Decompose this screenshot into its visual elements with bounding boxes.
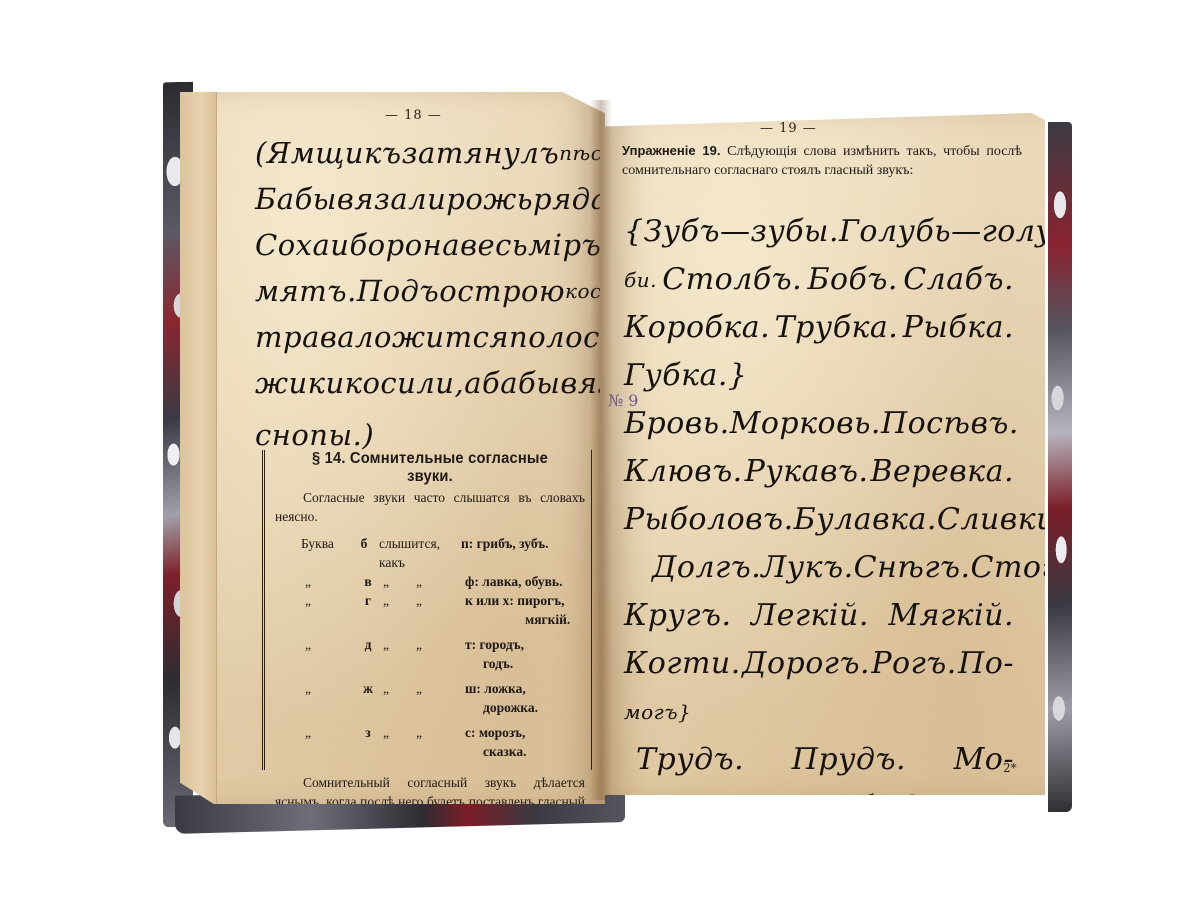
script-line: Губка.} bbox=[624, 352, 1014, 400]
exercise-instructions: Упражненіе 19. Слѣдующія слова измѣнить … bbox=[622, 141, 1022, 180]
page-number-right: — 19 — bbox=[760, 121, 817, 136]
section-intro: Согласные звуки часто слышатся въ словах… bbox=[275, 488, 585, 526]
exercise-label: Упражненіе 19. bbox=[622, 143, 720, 158]
section-14-box: § 14. Сомнительные согласные звуки. Согл… bbox=[262, 450, 592, 770]
cursive-word-list: {Зубъ—зубы. Голубь—голу- би. Столбъ. Боб… bbox=[624, 208, 1014, 795]
script-line: Рыболовъ. Булавка. Сливки. bbox=[624, 496, 1014, 544]
folded-page-strip bbox=[180, 92, 217, 804]
section-heading: § 14. Сомнительные согласные звуки. bbox=[287, 450, 572, 486]
book-gutter-shadow bbox=[590, 100, 612, 800]
script-line: могъ} bbox=[624, 688, 1014, 736]
printer-signature-mark: 2* bbox=[1003, 761, 1017, 775]
script-line: мятъ. Подъ острою косой bbox=[255, 268, 595, 314]
pencil-annotation: № 9 bbox=[608, 391, 638, 410]
script-line: Трудъ. Прудъ. Мо- bbox=[624, 736, 1014, 784]
table-row: Буква б слышится, какъ п: грибъ, зубъ. bbox=[275, 534, 585, 572]
script-line: Бровь. Морковь. Посѣвъ. bbox=[624, 400, 1014, 448]
section-rule: Сомнительный согласный звукъ дѣлается яс… bbox=[275, 773, 585, 804]
left-page: — 18 — (Ямщикъ затянулъ пѣсню. Бабы вяза… bbox=[180, 92, 605, 804]
table-row: „ в „ „ ф: лавка, обувь. bbox=[275, 572, 585, 591]
script-line: {Зубъ—зубы. Голубь—голу- bbox=[624, 208, 1014, 256]
table-row: „ з „ „ с: морозъ, bbox=[275, 723, 585, 742]
page-number-left: — 18 — bbox=[385, 108, 442, 123]
script-line: Соха и борона весь міръ кор- bbox=[255, 222, 595, 268]
script-line: Коробка. Трубка. Рыбка. bbox=[624, 304, 1014, 352]
script-line: Бабы вязали рожь рядами. bbox=[255, 176, 595, 222]
table-row: „ г „ „ к или х: пирогъ, bbox=[275, 591, 585, 610]
script-line: Долгъ. Лукъ. Снѣгъ. Стогъ. bbox=[624, 544, 1014, 592]
script-line: лотъ. Кустъ. Обѣдъ. Бо- bbox=[624, 784, 1014, 795]
script-line: Клювъ. Рукавъ. Веревка. bbox=[624, 448, 1014, 496]
consonant-table: Буква б слышится, какъ п: грибъ, зубъ. „… bbox=[275, 534, 585, 761]
marbled-cover-right-edge bbox=[1048, 122, 1072, 812]
script-line: Когти. Дорогъ. Рогъ. По- bbox=[624, 640, 1014, 688]
right-page: — 19 — Упражненіе 19. Слѣдующія слова из… bbox=[600, 113, 1045, 795]
cursive-text-block: (Ямщикъ затянулъ пѣсню. Бабы вязали рожь… bbox=[255, 130, 595, 458]
script-line: би. Столбъ. Бобъ. Слабъ. bbox=[624, 256, 1014, 304]
script-line: Кругъ. Легкій. Мягкій. bbox=[624, 592, 1014, 640]
table-row: „ ж „ „ ш: ложка, bbox=[275, 679, 585, 698]
open-book: — 18 — (Ямщикъ затянулъ пѣсню. Бабы вяза… bbox=[0, 0, 1200, 900]
script-line: трава ложится полосой. Му- bbox=[255, 314, 595, 360]
script-line: жики косили, а бабы вязали bbox=[255, 360, 595, 406]
table-row: „ д „ „ т: городъ, bbox=[275, 635, 585, 654]
script-line: (Ямщикъ затянулъ пѣсню. bbox=[255, 130, 595, 176]
